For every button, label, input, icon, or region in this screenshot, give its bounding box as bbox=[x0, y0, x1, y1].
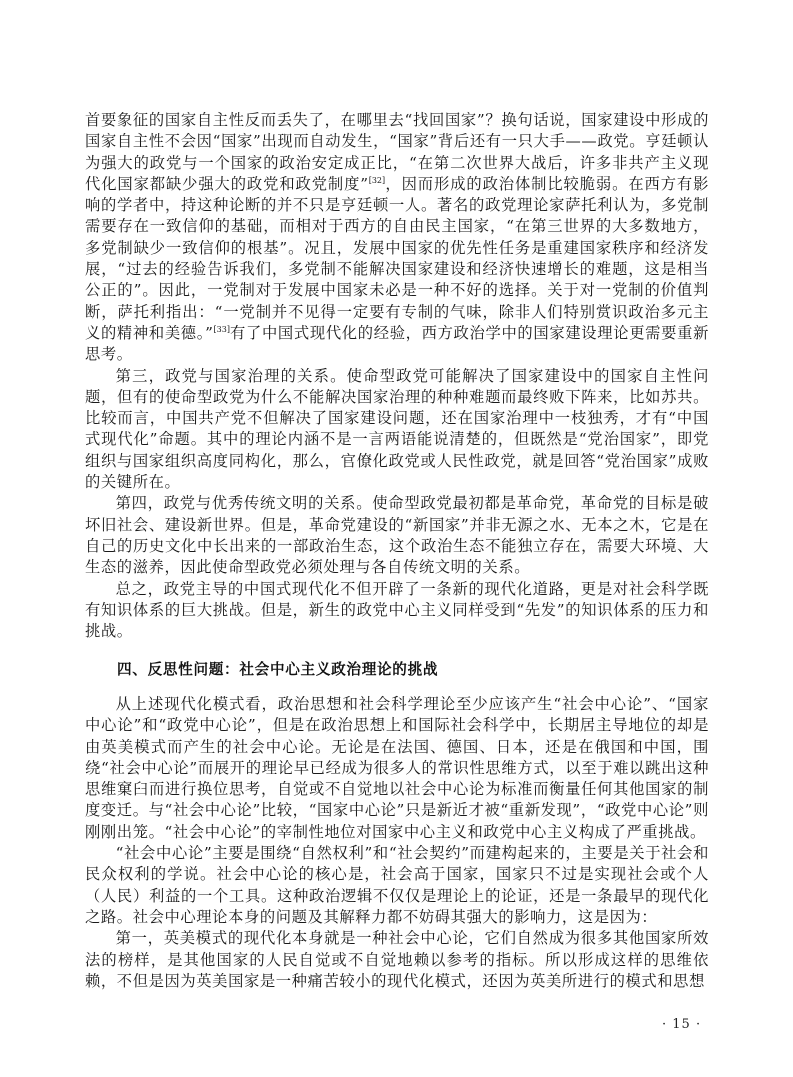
page-number: · 15 · bbox=[662, 1015, 701, 1035]
body-text-section-2: 从上述现代化模式看，政治思想和社会科学理论至少应该产生“社会中心论”、“国家中心… bbox=[85, 694, 709, 992]
paragraph-text: 第一，英美模式的现代化本身就是一种社会中心论，它们自然成为很多其他国家所效法的榜… bbox=[85, 929, 709, 990]
document-page: 首要象征的国家自主性反而丢失了，在哪里去“找回国家”？换句话说，国家建设中形成的… bbox=[0, 0, 793, 1077]
paragraph-text: 第四，政党与优秀传统文明的关系。使命型政党最初都是革命党，革命党的目标是破坏旧社… bbox=[85, 494, 709, 576]
paragraph-continued: 首要象征的国家自主性反而丢失了，在哪里去“找回国家”？换句话说，国家建设中形成的… bbox=[85, 110, 709, 366]
paragraph-third-point: 第三，政党与国家治理的关系。使命型政党可能解决了国家建设中的国家自主性问题，但有… bbox=[85, 366, 709, 494]
paragraph-summary: 总之，政党主导的中国式现代化不但开辟了一条新的现代化道路，更是对社会科学既有知识… bbox=[85, 579, 709, 643]
paragraph-modernization-models: 从上述现代化模式看，政治思想和社会科学理论至少应该产生“社会中心论”、“国家中心… bbox=[85, 694, 709, 843]
section-heading: 四、反思性问题：社会中心主义政治理论的挑战 bbox=[117, 659, 438, 680]
paragraph-society-centered-theory: “社会中心论”主要是围绕“自然权利”和“社会契约”而建构起来的，主要是关于社会和… bbox=[85, 843, 709, 928]
paragraph-text: 总之，政党主导的中国式现代化不但开辟了一条新的现代化道路，更是对社会科学既有知识… bbox=[85, 580, 709, 641]
paragraph-first-reason: 第一，英美模式的现代化本身就是一种社会中心论，它们自然成为很多其他国家所效法的榜… bbox=[85, 928, 709, 992]
paragraph-fourth-point: 第四，政党与优秀传统文明的关系。使命型政党最初都是革命党，革命党的目标是破坏旧社… bbox=[85, 493, 709, 578]
body-text-section-1: 首要象征的国家自主性反而丢失了，在哪里去“找回国家”？换句话说，国家建设中形成的… bbox=[85, 110, 709, 642]
paragraph-text: “社会中心论”主要是围绕“自然权利”和“社会契约”而建构起来的，主要是关于社会和… bbox=[85, 844, 709, 926]
citation-marker-33: [33] bbox=[214, 325, 230, 334]
paragraph-text: 从上述现代化模式看，政治思想和社会科学理论至少应该产生“社会中心论”、“国家中心… bbox=[85, 695, 709, 841]
paragraph-text: 第三，政党与国家治理的关系。使命型政党可能解决了国家建设中的国家自主性问题，但有… bbox=[85, 367, 709, 491]
paragraph-text: ，因而形成的政治体制比较脆弱。在西方有影响的学者中，持这种论断的并不只是亨廷顿一… bbox=[85, 175, 709, 342]
citation-marker-32: [32] bbox=[369, 176, 385, 185]
